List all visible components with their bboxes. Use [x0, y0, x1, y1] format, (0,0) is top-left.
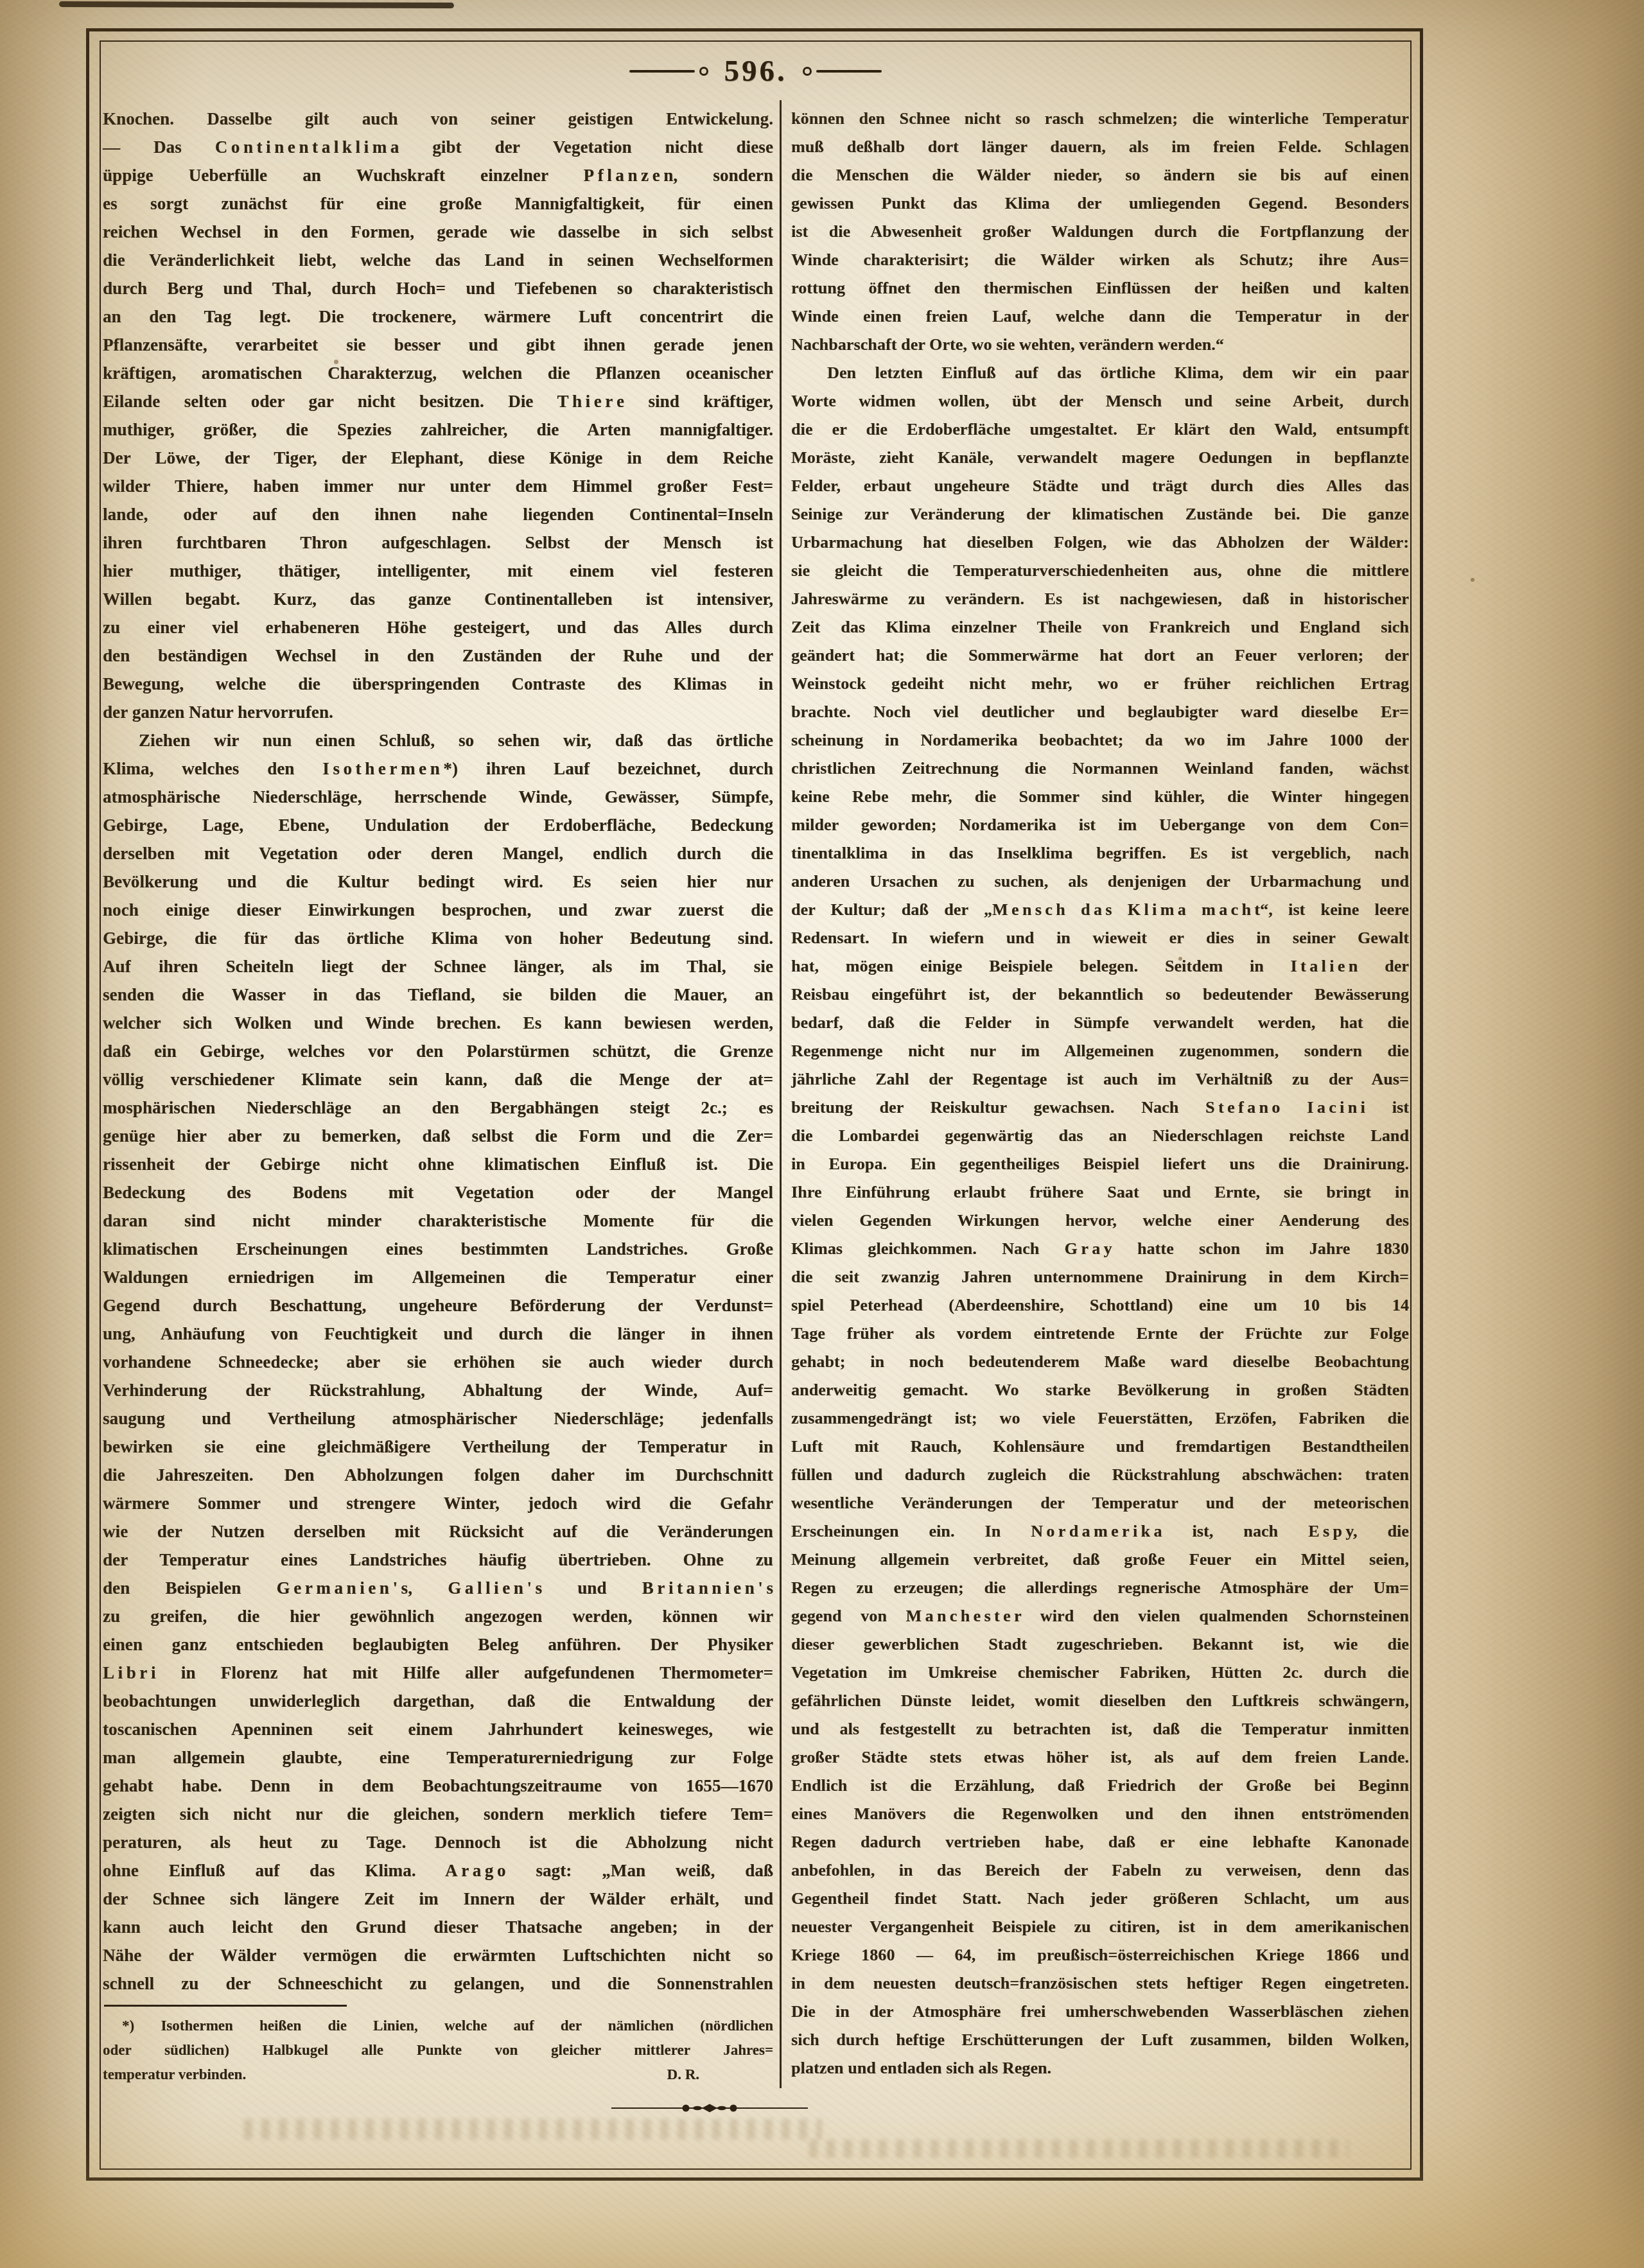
- text-line: Jahreswärme zu verändern. Es ist nachgew…: [791, 585, 1409, 613]
- text-line: dieser gewerblichen Stadt zugeschrieben.…: [791, 1630, 1409, 1659]
- text-line: zeigten sich nicht nur die gleichen, son…: [103, 1800, 773, 1828]
- text-line: Ihre Einführung erlaubt frühere Saat und…: [791, 1178, 1409, 1207]
- text-line: reichen Wechsel in den Formen, gerade wi…: [103, 218, 773, 246]
- text-line: Gebirge, die für das örtliche Klima von …: [103, 924, 773, 952]
- text-line: sich durch heftige Erschütterungen der L…: [791, 2026, 1409, 2054]
- text-line: wärmere Sommer und strengere Winter, jed…: [103, 1489, 773, 1517]
- text-line: Den letzten Einfluß auf das örtliche Kli…: [791, 359, 1409, 387]
- text-line: hier muthiger, thätiger, intelligenter, …: [103, 557, 773, 585]
- right-column: können den Schnee nicht so rasch schmelz…: [791, 105, 1409, 2082]
- footnote-line: oder südlichen) Halbkugel alle Punkte vo…: [103, 2038, 773, 2063]
- text-line: vorhandene Schneedecke; aber sie erhöhen…: [103, 1348, 773, 1376]
- footnote: *) Isothermen heißen die Linien, welche …: [103, 2014, 773, 2087]
- text-line: keine Rebe mehr, die Sommer sind kühler,…: [791, 783, 1409, 811]
- text-line: Bedeckung des Bodens mit Vegetation oder…: [103, 1178, 773, 1207]
- text-line: Die in der Atmosphäre frei umherschweben…: [791, 1998, 1409, 2026]
- text-line: anderweitig gemacht. Wo starke Bevölkeru…: [791, 1376, 1409, 1404]
- text-line: Meinung allgemein verbreitet, daß große …: [791, 1546, 1409, 1574]
- text-line: beobachtungen unwiderleglich dargethan, …: [103, 1687, 773, 1715]
- text-line: senden die Wasser in das Tiefland, sie b…: [103, 981, 773, 1009]
- footnote-line: *) Isothermen heißen die Linien, welche …: [103, 2014, 773, 2038]
- text-line: Endlich ist die Erzählung, daß Friedrich…: [791, 1772, 1409, 1800]
- text-line: Gebirge, Lage, Ebene, Undulation der Erd…: [103, 811, 773, 839]
- text-line: Winde charakterisirt; die Wälder wirken …: [791, 246, 1409, 274]
- text-line: kann auch leicht den Grund dieser Thatsa…: [103, 1913, 773, 1941]
- text-line: können den Schnee nicht so rasch schmelz…: [791, 105, 1409, 133]
- text-line: hat, mögen einige Beispiele belegen. Sei…: [791, 952, 1409, 981]
- paper-speck: [1178, 957, 1182, 961]
- text-line: den beständigen Wechsel in den Zuständen…: [103, 641, 773, 670]
- text-line: Weinstock gedeiht nicht mehr, wo er früh…: [791, 670, 1409, 698]
- text-line: rissenheit der Gebirge nicht ohne klimat…: [103, 1150, 773, 1178]
- text-line: derselben mit Vegetation oder deren Mang…: [103, 839, 773, 868]
- text-line: eines Manövers die Regenwolken und den i…: [791, 1800, 1409, 1828]
- text-line: gefährlichen Dünste leidet, womit diesel…: [791, 1687, 1409, 1715]
- text-line: muß deßhalb dort länger dauern, als im f…: [791, 133, 1409, 161]
- text-line: die er die Erdoberfläche umgestaltet. Er…: [791, 415, 1409, 444]
- text-line: wilder Thiere, haben immer nur unter dem…: [103, 472, 773, 500]
- page-number: 596.: [724, 54, 787, 89]
- text-line: in Europa. Ein gegentheiliges Beispiel l…: [791, 1150, 1409, 1178]
- text-line: an den Tag legt. Die trockenere, wärmere…: [103, 302, 773, 331]
- paper-speck: [334, 360, 338, 364]
- scan-ink-streak: [59, 1, 454, 8]
- text-line: Auf ihren Scheiteln liegt der Schnee län…: [103, 952, 773, 981]
- text-line: üppige Ueberfülle an Wuchskraft einzelne…: [103, 161, 773, 189]
- text-line: anbefohlen, in das Bereich der Fabeln zu…: [791, 1856, 1409, 1885]
- text-line: der Kultur; daß der „M e n s c h d a s K…: [791, 896, 1409, 924]
- page-header: 596.: [100, 54, 1412, 89]
- text-line: gehabt; in noch bedeutenderem Maße ward …: [791, 1348, 1409, 1376]
- text-line: wie der Nutzen derselben mit Rücksicht a…: [103, 1517, 773, 1546]
- text-line: Regen zu erzeugen; die allerdings regner…: [791, 1574, 1409, 1602]
- text-line: breitung der Reiskultur gewachsen. Nach …: [791, 1094, 1409, 1122]
- text-line: wesentliche Veränderungen der Temperatur…: [791, 1489, 1409, 1517]
- text-line: jährliche Zahl der Regentage ist auch im…: [791, 1065, 1409, 1094]
- text-line: und als festgestellt zu betrachten ist, …: [791, 1715, 1409, 1743]
- text-line: zusammengedrängt ist; wo viele Feuerstät…: [791, 1404, 1409, 1433]
- text-line: großer Städte stets etwas höher ist, als…: [791, 1743, 1409, 1772]
- header-dash-ornament-right: [803, 67, 882, 76]
- text-line: Eilande selten oder gar nicht besitzen. …: [103, 387, 773, 415]
- text-line: brachte. Noch viel deutlicher und beglau…: [791, 698, 1409, 726]
- text-line: Gegend durch Beschattung, ungeheure Befö…: [103, 1291, 773, 1320]
- column-divider-rule: [780, 100, 782, 2088]
- text-line: Worte widmen wollen, übt der Mensch und …: [791, 387, 1409, 415]
- text-line: bewirken sie eine gleichmäßigere Verthei…: [103, 1433, 773, 1461]
- text-line: lande, oder auf den ihnen nahe liegenden…: [103, 500, 773, 528]
- footnote-line: D. R.temperatur verbinden.: [103, 2063, 773, 2087]
- text-line: spiel Peterhead (Aberdeenshire, Schottla…: [791, 1291, 1409, 1320]
- text-line: ist die Abwesenheit großer Waldungen dur…: [791, 218, 1409, 246]
- text-line: peraturen, als heut zu Tage. Dennoch ist…: [103, 1828, 773, 1856]
- text-line: L i b r i in Florenz hat mit Hilfe aller…: [103, 1659, 773, 1687]
- text-line: noch einige dieser Einwirkungen besproch…: [103, 896, 773, 924]
- text-line: Gegentheil findet Statt. Nach jeder größ…: [791, 1885, 1409, 1913]
- text-line: Vegetation im Umkreise chemischer Fabrik…: [791, 1659, 1409, 1687]
- text-line: Klima, welches den I s o t h e r m e n *…: [103, 755, 773, 783]
- text-line: Bevölkerung und die Kultur bedingt wird.…: [103, 868, 773, 896]
- text-line: Redensart. In wiefern und in wieweit er …: [791, 924, 1409, 952]
- text-line: in dem neuesten deutsch=französischen st…: [791, 1969, 1409, 1998]
- text-line: die Jahreszeiten. Den Abholzungen folgen…: [103, 1461, 773, 1489]
- text-line: sie gleicht die Temperaturverschiedenhei…: [791, 557, 1409, 585]
- text-line: muthiger, größer, die Spezies zahlreiche…: [103, 415, 773, 444]
- text-line: Regenmenge nicht nur im Allgemeinen zuge…: [791, 1037, 1409, 1065]
- text-line: Zeit das Klima einzelner Theile von Fran…: [791, 613, 1409, 641]
- paragraph: Den letzten Einfluß auf das örtliche Kli…: [791, 359, 1409, 2082]
- text-line: durch Berg und Thal, durch Hoch= und Tie…: [103, 274, 773, 302]
- text-line: Willen begabt. Kurz, das ganze Continent…: [103, 585, 773, 613]
- text-line: tinentalklima in das Inselklima begriffe…: [791, 839, 1409, 868]
- footnote-separator-rule: [104, 2005, 347, 2007]
- text-line: klimatischen Erscheinungen eines bestimm…: [103, 1235, 773, 1263]
- text-line: bedarf, daß die Felder in Sümpfe verwand…: [791, 1009, 1409, 1037]
- text-line: gegend von M a n c h e s t e r wird den …: [791, 1602, 1409, 1630]
- text-line: füllen und dadurch zugleich die Rückstra…: [791, 1461, 1409, 1489]
- tailpiece-ornament: [610, 2101, 809, 2115]
- text-line: Regen dadurch vertrieben habe, daß er ei…: [791, 1828, 1409, 1856]
- text-line: Winde einen freien Lauf, welche dann die…: [791, 302, 1409, 331]
- text-line: den Beispielen G e r m a n i e n ' s, G …: [103, 1574, 773, 1602]
- text-line: die Lombardei gegenwärtig das an Nieders…: [791, 1122, 1409, 1150]
- text-line: — Das C o n t i n e n t a l k l i m a gi…: [103, 133, 773, 161]
- text-line: scheinung in Nordamerika beobachtet; da …: [791, 726, 1409, 755]
- text-line: schnell zu der Schneeschicht zu gelangen…: [103, 1969, 773, 1998]
- text-line: Reisbau eingeführt ist, der bekanntlich …: [791, 981, 1409, 1009]
- text-line: es sorgt zunächst für eine große Mannigf…: [103, 189, 773, 218]
- text-line: Tage früher als vordem eintretende Ernte…: [791, 1320, 1409, 1348]
- text-line: Pflanzensäfte, verarbeitet sie besser un…: [103, 331, 773, 359]
- text-line: Ziehen wir nun einen Schluß, so sehen wi…: [103, 726, 773, 755]
- text-line: die Veränderlichkeit liebt, welche das L…: [103, 246, 773, 274]
- text-line: welcher sich Wolken und Winde brechen. E…: [103, 1009, 773, 1037]
- text-line: daß ein Gebirge, welches vor den Polarst…: [103, 1037, 773, 1065]
- left-column: Knochen. Dasselbe gilt auch von seiner g…: [103, 105, 773, 1998]
- text-line: anderen Ursachen zu suchen, als denjenig…: [791, 868, 1409, 896]
- text-line: Nachbarschaft der Orte, wo sie wehten, v…: [791, 331, 1409, 359]
- paragraph: Ziehen wir nun einen Schluß, so sehen wi…: [103, 726, 773, 1998]
- text-line: Waldungen erniedrigen im Allgemeinen die…: [103, 1263, 773, 1291]
- text-line: der ganzen Natur hervorrufen.: [103, 698, 773, 726]
- text-line: kräftigen, aromatischen Charakterzug, we…: [103, 359, 773, 387]
- text-line: vielen Gegenden Wirkungen hervor, welche…: [791, 1207, 1409, 1235]
- text-line: atmosphärische Niederschläge, herrschend…: [103, 783, 773, 811]
- text-line: neuester Vergangenheit Beispiele zu citi…: [791, 1913, 1409, 1941]
- text-line: ung, Anhäufung von Feuchtigkeit und durc…: [103, 1320, 773, 1348]
- text-line: die Menschen die Wälder nieder, so änder…: [791, 161, 1409, 189]
- text-line: gehabt habe. Denn in dem Beobachtungszei…: [103, 1772, 773, 1800]
- text-line: Knochen. Dasselbe gilt auch von seiner g…: [103, 105, 773, 133]
- text-line: ihren furchtbaren Thron aufgeschlagen. S…: [103, 528, 773, 557]
- text-line: zu einer viel erhabeneren Höhe gesteiger…: [103, 613, 773, 641]
- text-line: die seit zwanzig Jahren unternommene Dra…: [791, 1263, 1409, 1291]
- text-line: milder geworden; Nordamerika ist im Uebe…: [791, 811, 1409, 839]
- text-line: Erscheinungen ein. In N o r d a m e r i …: [791, 1517, 1409, 1546]
- text-line: Klimas gleichkommen. Nach G r a y hatte …: [791, 1235, 1409, 1263]
- text-line: Bewegung, welche die überspringenden Con…: [103, 670, 773, 698]
- text-line: einen ganz entschieden beglaubigten Bele…: [103, 1630, 773, 1659]
- text-line: gewissen Punkt das Klima der umliegenden…: [791, 189, 1409, 218]
- text-line: Seinige zur Veränderung der klimatischen…: [791, 500, 1409, 528]
- text-line: toscanischen Apenninen seit einem Jahrhu…: [103, 1715, 773, 1743]
- paper-speck: [629, 1759, 633, 1765]
- text-line: Nähe der Wälder vermögen die erwärmten L…: [103, 1941, 773, 1969]
- text-line: genüge hier aber zu bemerken, daß selbst…: [103, 1122, 773, 1150]
- paragraph: können den Schnee nicht so rasch schmelz…: [791, 105, 1409, 359]
- text-line: platzen und entladen sich als Regen.: [791, 2054, 1409, 2082]
- paragraph: Knochen. Dasselbe gilt auch von seiner g…: [103, 105, 773, 726]
- text-line: völlig verschiedener Klimate sein kann, …: [103, 1065, 773, 1094]
- text-line: Felder, erbaut ungeheure Städte und träg…: [791, 472, 1409, 500]
- text-line: der Schnee sich längere Zeit im Innern d…: [103, 1885, 773, 1913]
- header-dash-ornament-left: [629, 67, 708, 76]
- text-line: Verhinderung der Rückstrahlung, Abhaltun…: [103, 1376, 773, 1404]
- text-line: ohne Einfluß auf das Klima. A r a g o sa…: [103, 1856, 773, 1885]
- paper-speck: [1471, 578, 1474, 582]
- text-line: daran sind nicht minder charakteristisch…: [103, 1207, 773, 1235]
- text-line: Kriege 1860 — 64, im preußisch=österreic…: [791, 1941, 1409, 1969]
- text-line: zu greifen, die hier gewöhnlich angezoge…: [103, 1602, 773, 1630]
- text-line: mosphärischen Niederschläge an den Berga…: [103, 1094, 773, 1122]
- text-line: geändert hat; die Sommerwärme hat dort a…: [791, 641, 1409, 670]
- text-line: rottung öffnet den thermischen Einflüsse…: [791, 274, 1409, 302]
- text-line: christlichen Zeitrechnung die Normannen …: [791, 755, 1409, 783]
- text-line: Luft mit Rauch, Kohlensäure und fremdart…: [791, 1433, 1409, 1461]
- text-line: Moräste, zieht Kanäle, verwandelt magere…: [791, 444, 1409, 472]
- text-line: man allgemein glaubte, eine Temperaturer…: [103, 1743, 773, 1772]
- footnote-signature: D. R.: [667, 2063, 699, 2087]
- text-line: saugung und Vertheilung atmosphärischer …: [103, 1404, 773, 1433]
- text-line: Urbarmachung hat dieselben Folgen, wie d…: [791, 528, 1409, 557]
- text-line: der Temperatur eines Landstriches häufig…: [103, 1546, 773, 1574]
- text-line: Der Löwe, der Tiger, der Elephant, diese…: [103, 444, 773, 472]
